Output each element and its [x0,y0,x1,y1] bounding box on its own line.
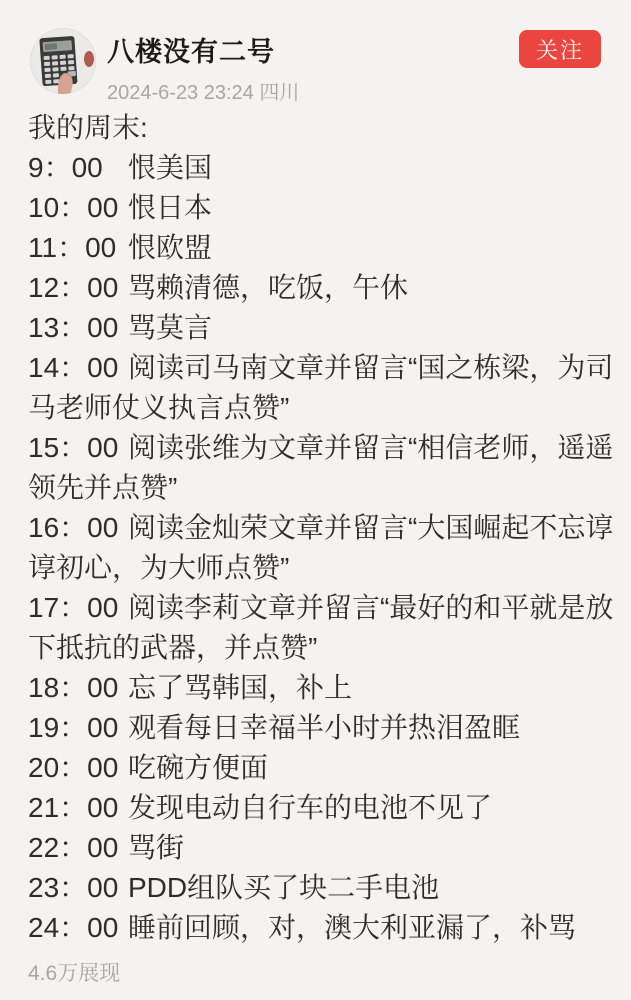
schedule-time: 19：00 [28,708,128,748]
schedule-time: 20：00 [28,748,128,788]
schedule-time: 17：00 [28,588,128,628]
schedule-activity: 谆初心，为大师点赞” [28,552,289,583]
schedule-activity: 马老师仗义执言点赞” [28,392,289,423]
schedule-entry-continuation: 马老师仗义执言点赞” [28,388,627,428]
avatar[interactable] [30,28,96,94]
schedule-entry-continuation: 谆初心，为大师点赞” [28,548,627,588]
schedule-activity: 领先并点赞” [28,472,177,503]
post-intro: 我的周末: [28,108,627,148]
schedule-entry: 13：00骂莫言 [28,308,627,348]
schedule-entry: 18：00忘了骂韩国，补上 [28,668,627,708]
schedule-activity: 发现电动自行车的电池不见了 [128,792,492,823]
schedule-activity: 恨日本 [128,192,212,223]
post-header: 八楼没有二号 2024-6-23 23:24 四川 关注 [0,0,631,95]
schedule-time: 14：00 [28,348,128,388]
schedule-time: 13：00 [28,308,128,348]
schedule-time: 11：00 [28,228,128,268]
schedule-entry: 17：00阅读李莉文章并留言“最好的和平就是放 [28,588,627,628]
schedule-time: 24：00 [28,908,128,948]
schedule-entry: 19：00观看每日幸福半小时并热泪盈眶 [28,708,627,748]
schedule-activity: 阅读李莉文章并留言“最好的和平就是放 [128,592,613,623]
schedule-activity: 恨美国 [128,152,212,183]
schedule-activity: 阅读金灿荣文章并留言“大国崛起不忘谆 [128,512,613,543]
schedule-entry: 14：00阅读司马南文章并留言“国之栋梁，为司 [28,348,627,388]
schedule-entry: 10：00恨日本 [28,188,627,228]
schedule-time: 16：00 [28,508,128,548]
schedule-time: 15：00 [28,428,128,468]
schedule-activity: 忘了骂韩国，补上 [128,672,352,703]
schedule-entry: 11：00恨欧盟 [28,228,627,268]
schedule-time: 12：00 [28,268,128,308]
schedule-time: 9：00 [28,148,128,188]
schedule-activity: 骂赖清德，吃饭，午休 [128,272,408,303]
schedule-entry-continuation: 领先并点赞” [28,468,627,508]
schedule-activity: 骂街 [128,832,184,863]
calculator-avatar-icon [30,28,96,94]
schedule-activity: 睡前回顾，对，澳大利亚漏了，补骂 [128,912,576,943]
schedule-activity: 骂莫言 [128,312,212,343]
schedule-time: 23：00 [28,868,128,908]
schedule-activity: 观看每日幸福半小时并热泪盈眶 [128,712,520,743]
schedule-activity: 下抵抗的武器，并点赞” [28,632,317,663]
schedule-entry: 22：00骂街 [28,828,627,868]
schedule-entry: 20：00吃碗方便面 [28,748,627,788]
schedule-list: 9：00恨美国10：00恨日本11：00恨欧盟12：00骂赖清德，吃饭，午休13… [28,148,627,948]
schedule-entry: 9：00恨美国 [28,148,627,188]
schedule-activity: 阅读司马南文章并留言“国之栋梁，为司 [128,352,613,383]
follow-button[interactable]: 关注 [519,30,601,68]
schedule-entry: 24：00睡前回顾，对，澳大利亚漏了，补骂 [28,908,627,948]
schedule-entry: 23：00PDD组队买了块二手电池 [28,868,627,908]
schedule-entry: 16：00阅读金灿荣文章并留言“大国崛起不忘谆 [28,508,627,548]
schedule-time: 22：00 [28,828,128,868]
post-footer: 4.6万展现 [0,957,631,987]
impressions-count: 4.6万展现 [28,962,120,985]
schedule-time: 18：00 [28,668,128,708]
weibo-post-card: 八楼没有二号 2024-6-23 23:24 四川 关注 我的周末: 9：00恨… [0,0,631,1000]
schedule-activity: 阅读张维为文章并留言“相信老师，遥遥 [128,432,613,463]
author-block: 八楼没有二号 2024-6-23 23:24 四川 [107,30,299,105]
schedule-time: 10：00 [28,188,128,228]
post-body: 我的周末: 9：00恨美国10：00恨日本11：00恨欧盟12：00骂赖清德，吃… [0,108,631,948]
schedule-entry: 21：00发现电动自行车的电池不见了 [28,788,627,828]
schedule-entry: 12：00骂赖清德，吃饭，午休 [28,268,627,308]
schedule-entry: 15：00阅读张维为文章并留言“相信老师，遥遥 [28,428,627,468]
schedule-activity: 吃碗方便面 [128,752,268,783]
schedule-entry-continuation: 下抵抗的武器，并点赞” [28,628,627,668]
schedule-activity: PDD组队买了块二手电池 [128,872,439,903]
schedule-time: 21：00 [28,788,128,828]
username[interactable]: 八楼没有二号 [107,30,299,69]
schedule-activity: 恨欧盟 [128,232,212,263]
post-timestamp: 2024-6-23 23:24 四川 [107,76,299,105]
